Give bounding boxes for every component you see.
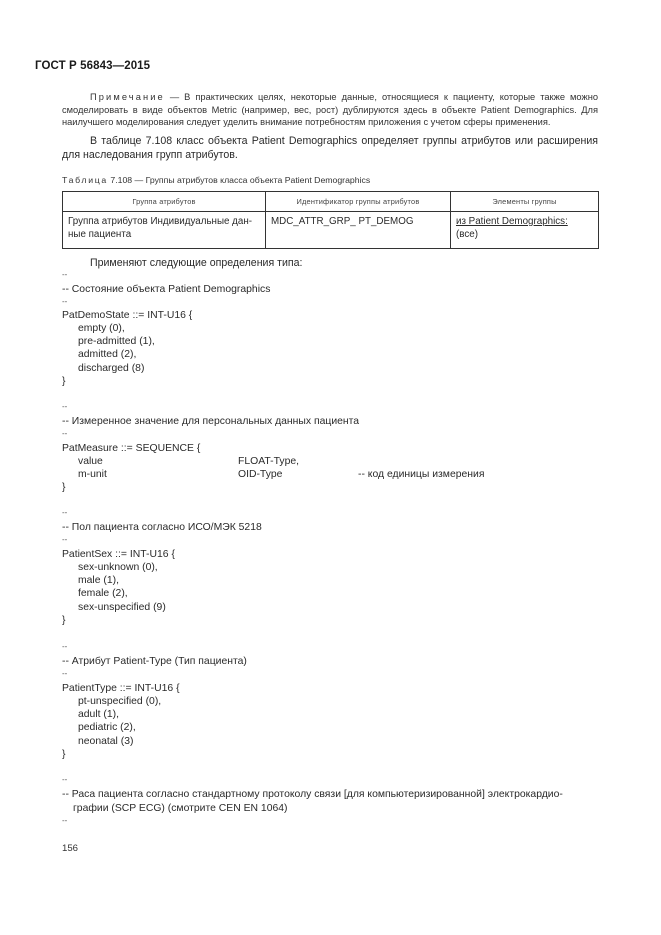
- enum-item: sex-unknown (0),: [78, 562, 158, 573]
- body-paragraph: В таблице 7.108 класс объекта Patient De…: [62, 134, 598, 163]
- field-type: OID-Type: [238, 469, 282, 480]
- enum-item: sex-unspecified (9): [78, 602, 166, 613]
- cell-elements: из Patient Demographics:(все): [451, 212, 599, 249]
- column-header-elements: Элементы группы: [451, 192, 599, 212]
- code-comment-continuation: графии (SCP ECG) (смотрите CEN EN 1064): [73, 803, 288, 814]
- enum-item: empty (0),: [78, 323, 125, 334]
- sequence-field: valueFLOAT-Type,: [78, 456, 103, 467]
- comment-delimiter: --: [62, 270, 67, 279]
- type-declaration: PatientSex ::= INT-U16 {: [62, 549, 175, 560]
- table-caption-label: Таблица: [62, 175, 108, 185]
- code-comment: -- Атрибут Patient-Type (Тип пациента): [62, 656, 247, 667]
- closing-brace: }: [62, 376, 65, 387]
- enum-item: neonatal (3): [78, 736, 133, 747]
- comment-delimiter: --: [62, 535, 67, 544]
- comment-delimiter: --: [62, 297, 67, 306]
- elements-source-link[interactable]: из Patient Demographics:: [456, 216, 568, 227]
- code-comment: -- Измеренное значение для персональных …: [62, 416, 359, 427]
- cell-group-line1: Группа атрибутов Индивидуальные дан-: [68, 216, 252, 227]
- sequence-field: m-unitOID-Type-- код единицы измерения: [78, 469, 107, 480]
- enum-item: pt-unspecified (0),: [78, 696, 161, 707]
- field-name: value: [78, 456, 103, 467]
- enum-item: discharged (8): [78, 363, 144, 374]
- document-header: ГОСТ Р 56843—2015: [35, 60, 150, 72]
- enum-item: admitted (2),: [78, 349, 136, 360]
- column-header-identifier: Идентификатор группы атрибутов: [266, 192, 451, 212]
- body-paragraph-text: В таблице 7.108 класс объекта Patient De…: [62, 135, 598, 161]
- comment-delimiter: --: [62, 775, 67, 784]
- comment-delimiter: --: [62, 508, 67, 517]
- comment-delimiter: --: [62, 402, 67, 411]
- column-header-group: Группа атрибутов: [63, 192, 266, 212]
- page-number: 156: [62, 843, 78, 854]
- field-type: FLOAT-Type,: [238, 456, 299, 467]
- cell-group-line2: ные пациента: [68, 229, 131, 240]
- type-declaration: PatientType ::= INT-U16 {: [62, 683, 180, 694]
- comment-delimiter: --: [62, 669, 67, 678]
- comment-delimiter: --: [62, 642, 67, 651]
- table-caption: Таблица 7.108 — Группы атрибутов класса …: [62, 175, 370, 185]
- closing-brace: }: [62, 749, 65, 760]
- enum-item: female (2),: [78, 588, 128, 599]
- code-comment: -- Состояние объекта Patient Demographic…: [62, 284, 270, 295]
- field-name: m-unit: [78, 469, 107, 480]
- note-label: Примечание: [90, 92, 165, 102]
- attribute-groups-table: Группа атрибутов Идентификатор группы ат…: [62, 191, 599, 249]
- code-comment: -- Пол пациента согласно ИСО/МЭК 5218: [62, 522, 262, 533]
- table-caption-text: 7.108 — Группы атрибутов класса объекта …: [108, 175, 370, 185]
- cell-identifier: MDC_ATTR_GRP_ PT_DEMOG: [266, 212, 451, 249]
- closing-brace: }: [62, 615, 65, 626]
- code-comment: -- Раса пациента согласно стандартному п…: [62, 789, 563, 800]
- note-paragraph: Примечание — В практических целях, некот…: [62, 91, 598, 129]
- cell-group: Группа атрибутов Индивидуальные дан-ные …: [63, 212, 266, 249]
- field-comment: -- код единицы измерения: [358, 469, 484, 480]
- table-header-row: Группа атрибутов Идентификатор группы ат…: [63, 192, 599, 212]
- closing-brace: }: [62, 482, 65, 493]
- comment-delimiter: --: [62, 816, 67, 825]
- elements-value: (все): [456, 229, 478, 240]
- enum-item: pediatric (2),: [78, 722, 136, 733]
- enum-item: adult (1),: [78, 709, 119, 720]
- comment-delimiter: --: [62, 429, 67, 438]
- enum-item: pre-admitted (1),: [78, 336, 155, 347]
- type-declaration: PatDemoState ::= INT-U16 {: [62, 310, 192, 321]
- enum-item: male (1),: [78, 575, 119, 586]
- type-declaration: PatMeasure ::= SEQUENCE {: [62, 443, 200, 454]
- table-row: Группа атрибутов Индивидуальные дан-ные …: [63, 212, 599, 249]
- type-definitions-intro: Применяют следующие определения типа:: [90, 257, 303, 269]
